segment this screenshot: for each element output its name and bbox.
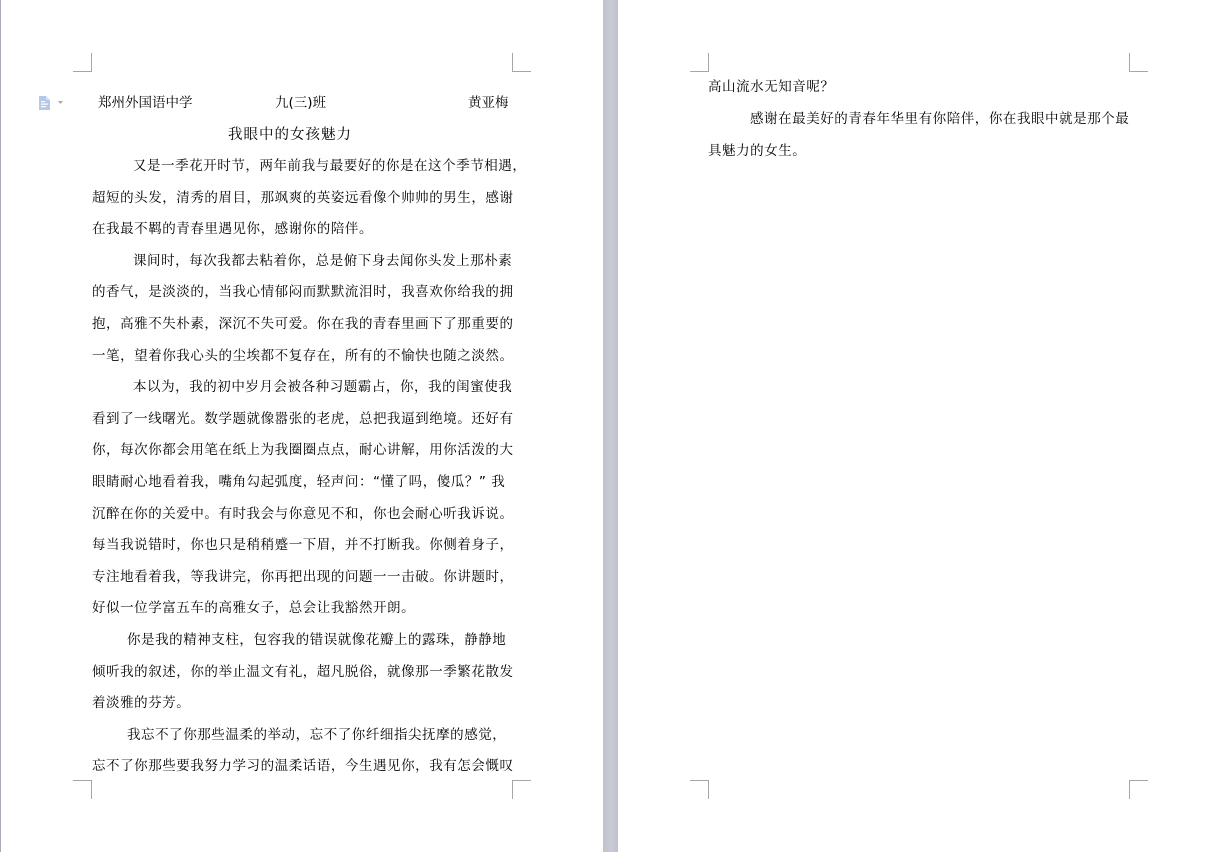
document-page-1[interactable]: 郑州外国语中学 九(三)班 黄亚梅 我眼中的女孩魅力 又是一季花开时节，两年前我…: [0, 0, 603, 852]
document-page-2[interactable]: 高山流水无知音呢？ 感谢在最美好的青春年华里有你陪伴，你在我眼中就是那个最 具魅…: [618, 0, 1220, 852]
text-line: 好似一位学富五车的高雅女子，总会让我豁然开朗。: [92, 598, 415, 618]
text-line: 超短的头发，清秀的眉目，那飒爽的英姿远看像个帅帅的男生，感谢: [92, 188, 514, 208]
document-title: 我眼中的女孩魅力: [228, 125, 352, 145]
text-line: 我忘不了你那些温柔的举动，忘不了你纤细指尖抚摩的感觉，: [127, 725, 506, 745]
chevron-down-icon: [58, 101, 63, 104]
header-school: 郑州外国语中学: [98, 93, 193, 113]
margin-mark-top-left: [690, 53, 709, 72]
margin-mark-bottom-right: [512, 780, 531, 799]
text-line: 着淡雅的芬芳。: [92, 693, 190, 713]
text-line: 的香气，是淡淡的，当我心情郁闷而默默流泪时，我喜欢你给我的拥: [92, 282, 514, 302]
margin-mark-bottom-left: [73, 780, 92, 799]
text-line: 高山流水无知音呢？: [708, 77, 834, 97]
text-line: 本以为，我的初中岁月会被各种习题霸占，你，我的闺蜜使我: [133, 377, 512, 397]
margin-mark-top-right: [512, 53, 531, 72]
text-line: 一笔，望着你我心头的尘埃都不复存在，所有的不愉快也随之淡然。: [92, 346, 514, 366]
text-line: 你是我的精神支柱，包容我的错误就像花瓣上的露珠，静静地: [127, 630, 506, 650]
margin-mark-bottom-left: [690, 780, 709, 799]
text-line: 忘不了你那些要我努力学习的温柔话语，今生遇见你，我有怎会慨叹: [92, 756, 514, 776]
text-line: 课间时，每次我都去粘着你，总是俯下身去闻你头发上那朴素: [133, 251, 512, 271]
text-line: 在我最不羁的青春里遇见你，感谢你的陪伴。: [92, 219, 373, 239]
text-line: 专注地看着我，等我讲完，你再把出现的问题一一击破。你讲题时，: [92, 567, 514, 587]
text-line: 你，每次你都会用笔在纸上为我圈圈点点，耐心讲解，用你活泼的大: [92, 440, 514, 460]
paragraph-options-button[interactable]: [38, 95, 64, 111]
text-line: 眼睛耐心地看着我，嘴角勾起弧度，轻声问：“懂了吗，傻瓜？” 我: [92, 472, 505, 492]
text-line: 看到了一线曙光。数学题就像嚣张的老虎，总把我逼到绝境。还好有: [92, 409, 514, 429]
text-line: 沉醉在你的关爱中。有时我会与你意见不和，你也会耐心听我诉说。: [92, 504, 514, 524]
text-line: 抱，高雅不失朴素，深沉不失可爱。你在我的青春里画下了那重要的: [92, 314, 514, 334]
page-gutter: [603, 0, 618, 852]
text-line: 感谢在最美好的青春年华里有你陪伴，你在我眼中就是那个最: [750, 109, 1129, 129]
document-lines-icon: [38, 95, 64, 111]
margin-mark-top-right: [1129, 53, 1148, 72]
header-class: 九(三)班: [275, 93, 326, 113]
margin-mark-top-left: [73, 53, 92, 72]
margin-mark-bottom-right: [1129, 780, 1148, 799]
text-line: 倾听我的叙述，你的举止温文有礼，超凡脱俗，就像那一季繁花散发: [92, 662, 514, 682]
header-author: 黄亚梅: [468, 93, 509, 113]
text-line: 具魅力的女生。: [708, 141, 806, 161]
text-line: 每当我说错时，你也只是稍稍蹙一下眉，并不打断我。你侧着身子，: [92, 535, 514, 555]
text-line: 又是一季花开时节，两年前我与最要好的你是在这个季节相遇，: [133, 156, 526, 176]
